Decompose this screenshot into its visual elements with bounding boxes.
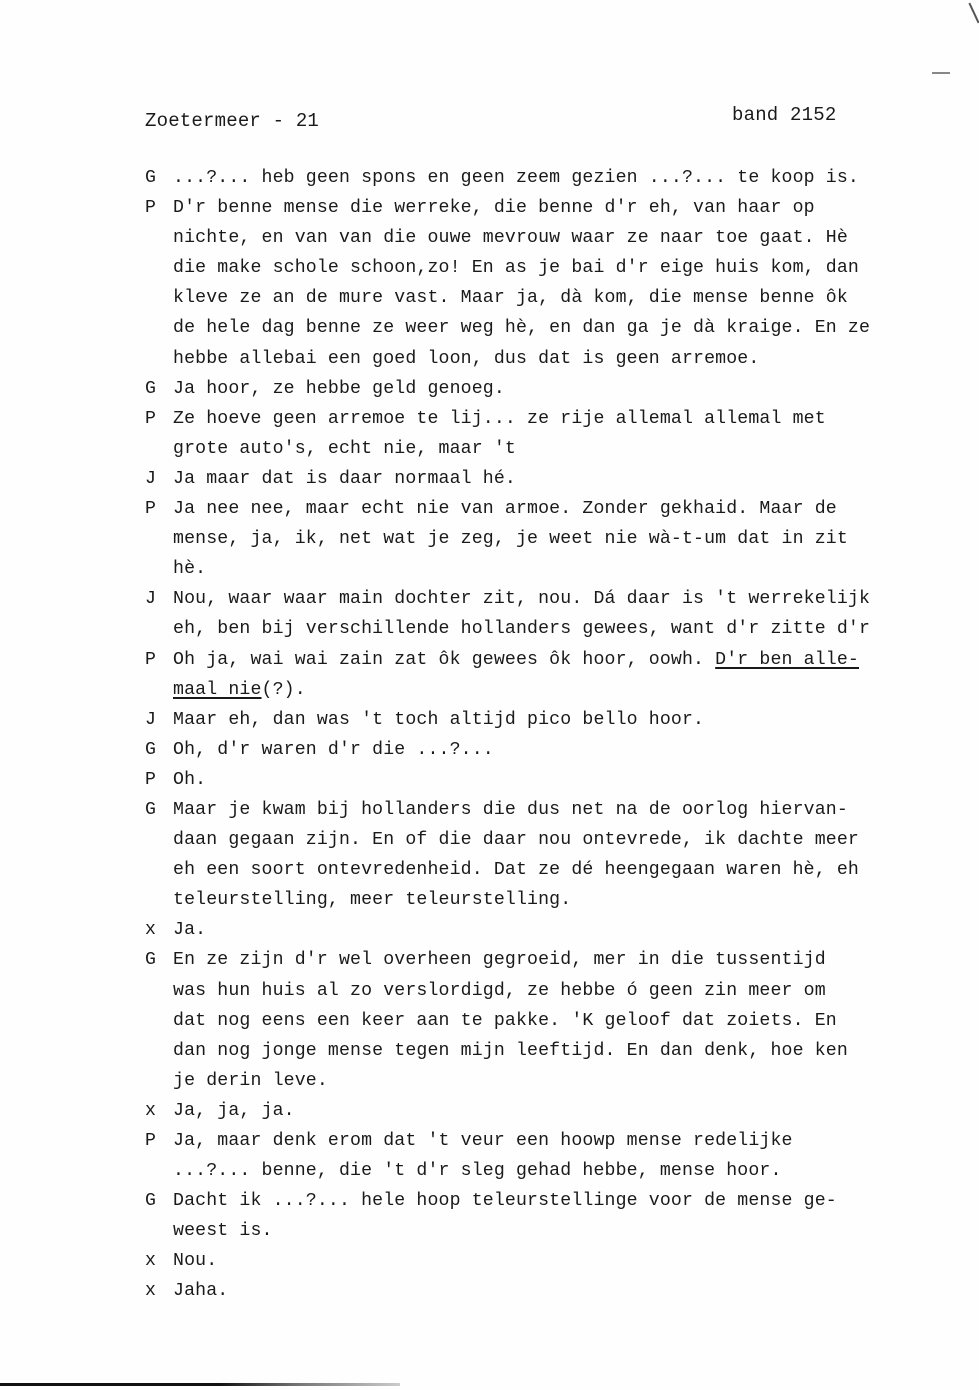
speaker-label: x (145, 1096, 173, 1126)
transcript-turn: G...?... heb geen spons en geen zeem gez… (145, 163, 965, 193)
utterance-line: Maar eh, dan was 't toch altijd pico bel… (173, 705, 965, 735)
transcript-turn: JNou, waar waar main dochter zit, nou. D… (145, 584, 965, 644)
speaker-label: G (145, 795, 173, 825)
speaker-label: P (145, 404, 173, 434)
location-header: Zoetermeer - 21 (145, 110, 319, 132)
speaker-label: x (145, 1246, 173, 1276)
utterance-line: Dacht ik ...?... hele hoop teleurstellin… (173, 1186, 965, 1216)
utterance-line: maal nie(?). (173, 675, 965, 705)
transcript-turn: xJaha. (145, 1276, 965, 1306)
utterance-line: Ja. (173, 915, 965, 945)
speaker-label: G (145, 163, 173, 193)
utterance-line: daan gegaan zijn. En of die daar nou ont… (173, 825, 965, 855)
utterance: Ja hoor, ze hebbe geld genoeg. (173, 374, 965, 404)
utterance-line: Ja maar dat is daar normaal hé. (173, 464, 965, 494)
utterance-line: Maar je kwam bij hollanders die dus net … (173, 795, 965, 825)
speaker-label: J (145, 464, 173, 494)
speaker-label: G (145, 945, 173, 975)
utterance-line: Nou, waar waar main dochter zit, nou. Dá… (173, 584, 965, 614)
utterance: ...?... heb geen spons en geen zeem gezi… (173, 163, 965, 193)
speaker-label: P (145, 765, 173, 795)
utterance-line: teleurstelling, meer teleurstelling. (173, 885, 965, 915)
utterance: Nou, waar waar main dochter zit, nou. Dá… (173, 584, 965, 644)
underlined-text: maal nie (173, 680, 262, 700)
utterance-line: Jaha. (173, 1276, 965, 1306)
tape-number-header: band 2152 (732, 104, 836, 126)
speaker-label: x (145, 1276, 173, 1306)
utterance: Ze hoeve geen arremoe te lij... ze rije … (173, 404, 965, 464)
transcript-turn: xJa. (145, 915, 965, 945)
utterance-line: Ze hoeve geen arremoe te lij... ze rije … (173, 404, 965, 434)
underlined-text: D'r ben alle- (715, 650, 859, 670)
utterance-line: Oh, d'r waren d'r die ...?... (173, 735, 965, 765)
transcript-page: Zoetermeer - 21 band 2152 G...?... heb g… (0, 0, 979, 1390)
utterance-line: eh, ben bij verschillende hollanders gew… (173, 614, 965, 644)
utterance-line: dat nog eens een keer aan te pakke. 'K g… (173, 1006, 965, 1036)
transcript-turn: JJa maar dat is daar normaal hé. (145, 464, 965, 494)
utterance: Ja maar dat is daar normaal hé. (173, 464, 965, 494)
speaker-label: G (145, 374, 173, 404)
utterance-line: dan nog jonge mense tegen mijn leeftijd.… (173, 1036, 965, 1066)
utterance-line: was hun huis al zo verslordigd, ze hebbe… (173, 976, 965, 1006)
utterance-line: die make schole schoon,zo! En as je bai … (173, 253, 965, 283)
corner-dash-mark (932, 72, 950, 74)
utterance-line: Oh. (173, 765, 965, 795)
transcript-turn: PD'r benne mense die werreke, die benne … (145, 193, 965, 374)
speaker-label: P (145, 494, 173, 524)
utterance: Ja nee nee, maar echt nie van armoe. Zon… (173, 494, 965, 584)
transcript-turn: GEn ze zijn d'r wel overheen gegroeid, m… (145, 945, 965, 1095)
utterance: En ze zijn d'r wel overheen gegroeid, me… (173, 945, 965, 1095)
utterance-line: grote auto's, echt nie, maar 't (173, 434, 965, 464)
speaker-label: J (145, 584, 173, 614)
transcript-turn: GJa hoor, ze hebbe geld genoeg. (145, 374, 965, 404)
transcript-turn: POh ja, wai wai zain zat ôk gewees ôk ho… (145, 645, 965, 705)
transcript-turn: GOh, d'r waren d'r die ...?... (145, 735, 965, 765)
transcript-body: G...?... heb geen spons en geen zeem gez… (145, 163, 965, 1307)
corner-pen-mark (968, 3, 979, 24)
utterance-line: ...?... benne, die 't d'r sleg gehad heb… (173, 1156, 965, 1186)
utterance: Oh ja, wai wai zain zat ôk gewees ôk hoo… (173, 645, 965, 705)
transcript-turn: GDacht ik ...?... hele hoop teleurstelli… (145, 1186, 965, 1246)
bottom-edge-rule (0, 1383, 400, 1386)
utterance-line: Ja, ja, ja. (173, 1096, 965, 1126)
transcript-turn: GMaar je kwam bij hollanders die dus net… (145, 795, 965, 915)
transcript-turn: POh. (145, 765, 965, 795)
transcript-turn: xNou. (145, 1246, 965, 1276)
utterance: Oh. (173, 765, 965, 795)
speaker-label: P (145, 1126, 173, 1156)
speaker-label: G (145, 735, 173, 765)
speaker-label: J (145, 705, 173, 735)
speaker-label: G (145, 1186, 173, 1216)
utterance-line: je derin leve. (173, 1066, 965, 1096)
speaker-label: x (145, 915, 173, 945)
utterance: Dacht ik ...?... hele hoop teleurstellin… (173, 1186, 965, 1246)
speaker-label: P (145, 645, 173, 675)
utterance: Oh, d'r waren d'r die ...?... (173, 735, 965, 765)
utterance-line: Nou. (173, 1246, 965, 1276)
utterance-line: Ja nee nee, maar echt nie van armoe. Zon… (173, 494, 965, 524)
transcript-turn: JMaar eh, dan was 't toch altijd pico be… (145, 705, 965, 735)
utterance: Jaha. (173, 1276, 965, 1306)
transcript-turn: PZe hoeve geen arremoe te lij... ze rije… (145, 404, 965, 464)
speaker-label: P (145, 193, 173, 223)
utterance-line: mense, ja, ik, net wat je zeg, je weet n… (173, 524, 965, 554)
transcript-turn: PJa, maar denk erom dat 't veur een hoow… (145, 1126, 965, 1186)
utterance-line: weest is. (173, 1216, 965, 1246)
utterance-line: nichte, en van van die ouwe mevrouw waar… (173, 223, 965, 253)
utterance-line: Oh ja, wai wai zain zat ôk gewees ôk hoo… (173, 645, 965, 675)
utterance: D'r benne mense die werreke, die benne d… (173, 193, 965, 374)
transcript-turn: xJa, ja, ja. (145, 1096, 965, 1126)
utterance-line: eh een soort ontevredenheid. Dat ze dé h… (173, 855, 965, 885)
utterance: Maar je kwam bij hollanders die dus net … (173, 795, 965, 915)
utterance-line: Ja hoor, ze hebbe geld genoeg. (173, 374, 965, 404)
utterance-line: kleve ze an de mure vast. Maar ja, dà ko… (173, 283, 965, 313)
utterance-line: Ja, maar denk erom dat 't veur een hoowp… (173, 1126, 965, 1156)
utterance-line: ...?... heb geen spons en geen zeem gezi… (173, 163, 965, 193)
utterance-line: hè. (173, 554, 965, 584)
utterance: Ja, ja, ja. (173, 1096, 965, 1126)
utterance-line: En ze zijn d'r wel overheen gegroeid, me… (173, 945, 965, 975)
utterance: Ja. (173, 915, 965, 945)
utterance: Ja, maar denk erom dat 't veur een hoowp… (173, 1126, 965, 1186)
utterance-line: de hele dag benne ze weer weg hè, en dan… (173, 313, 965, 343)
utterance: Nou. (173, 1246, 965, 1276)
utterance: Maar eh, dan was 't toch altijd pico bel… (173, 705, 965, 735)
utterance-line: hebbe allebai een goed loon, dus dat is … (173, 344, 965, 374)
utterance-line: D'r benne mense die werreke, die benne d… (173, 193, 965, 223)
transcript-turn: PJa nee nee, maar echt nie van armoe. Zo… (145, 494, 965, 584)
